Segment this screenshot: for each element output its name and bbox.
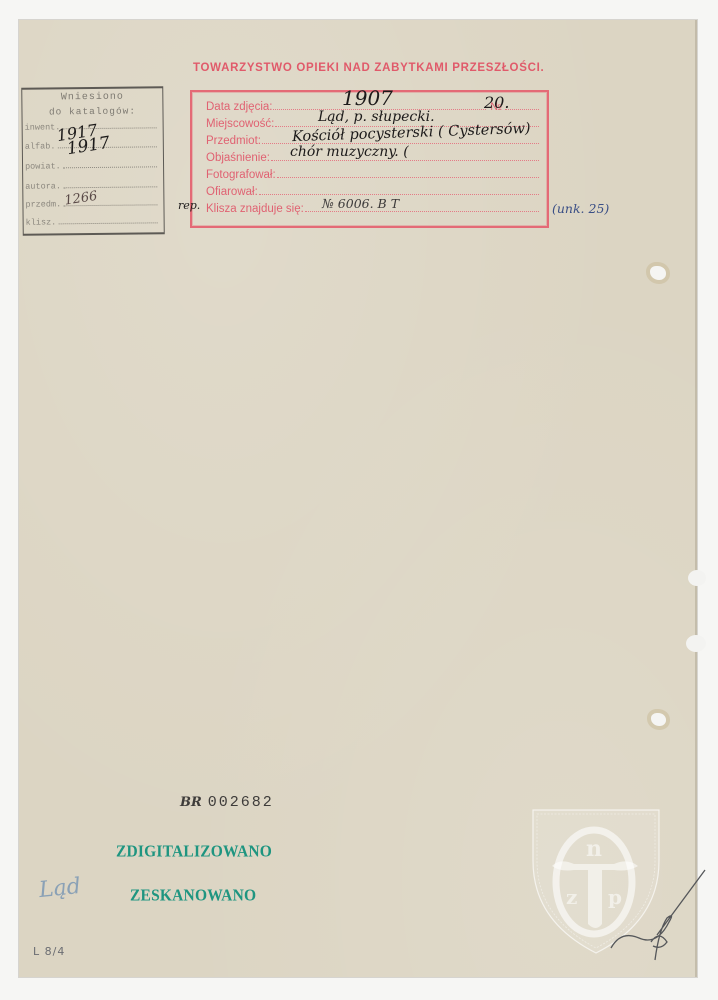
registration-number: BR002682: [180, 794, 274, 811]
margin-note: rep.: [178, 199, 200, 212]
binder-hole: [688, 570, 706, 586]
signature-icon: [609, 850, 709, 970]
digitized-stamp: ZDIGITALIZOWANO: [116, 842, 272, 862]
handwritten-place: Ląd, p. słupecki.: [318, 109, 435, 125]
archive-card: Wniesiono do katalogów: inwent. alfab. p…: [19, 20, 697, 977]
catalog-row-powiat: powiat.: [25, 156, 157, 171]
registration-prefix: BR: [180, 795, 202, 810]
paper-tear: [651, 713, 666, 726]
handwritten-date: 1907: [342, 86, 393, 110]
corner-code: L 8/4: [33, 945, 65, 958]
svg-text:n: n: [586, 836, 602, 862]
catalog-row-klisz: klisz.: [26, 212, 158, 227]
paper-edge: [695, 20, 697, 977]
binder-hole: [686, 635, 706, 652]
field-photographer: Fotografował:: [206, 164, 539, 181]
svg-text:z: z: [566, 885, 577, 909]
side-note: (unk. 25): [552, 201, 609, 216]
society-stamp: Data zdjęcia: № Miejscowość: Przedmiot: …: [190, 90, 549, 228]
paper-tear: [650, 266, 666, 280]
pencil-place-note: Ląd: [38, 874, 82, 903]
catalog-stamp-title: Wniesiono: [22, 91, 162, 103]
handwritten-explanation: chór muzyczny. (: [290, 144, 409, 160]
handwritten-number: 20.: [484, 93, 509, 112]
society-stamp-title: TOWARZYSTWO OPIEKI NAD ZABYTKAMI PRZESZŁ…: [193, 62, 544, 75]
registration-digits: 002682: [208, 794, 274, 811]
catalog-stamp-subtitle: do katalogów:: [22, 105, 162, 117]
handwritten-negative-number: № 6006. B T: [322, 196, 399, 211]
scanned-stamp: ZESKANOWANO: [130, 886, 256, 906]
catalog-stamp: Wniesiono do katalogów: inwent. alfab. p…: [21, 86, 165, 235]
